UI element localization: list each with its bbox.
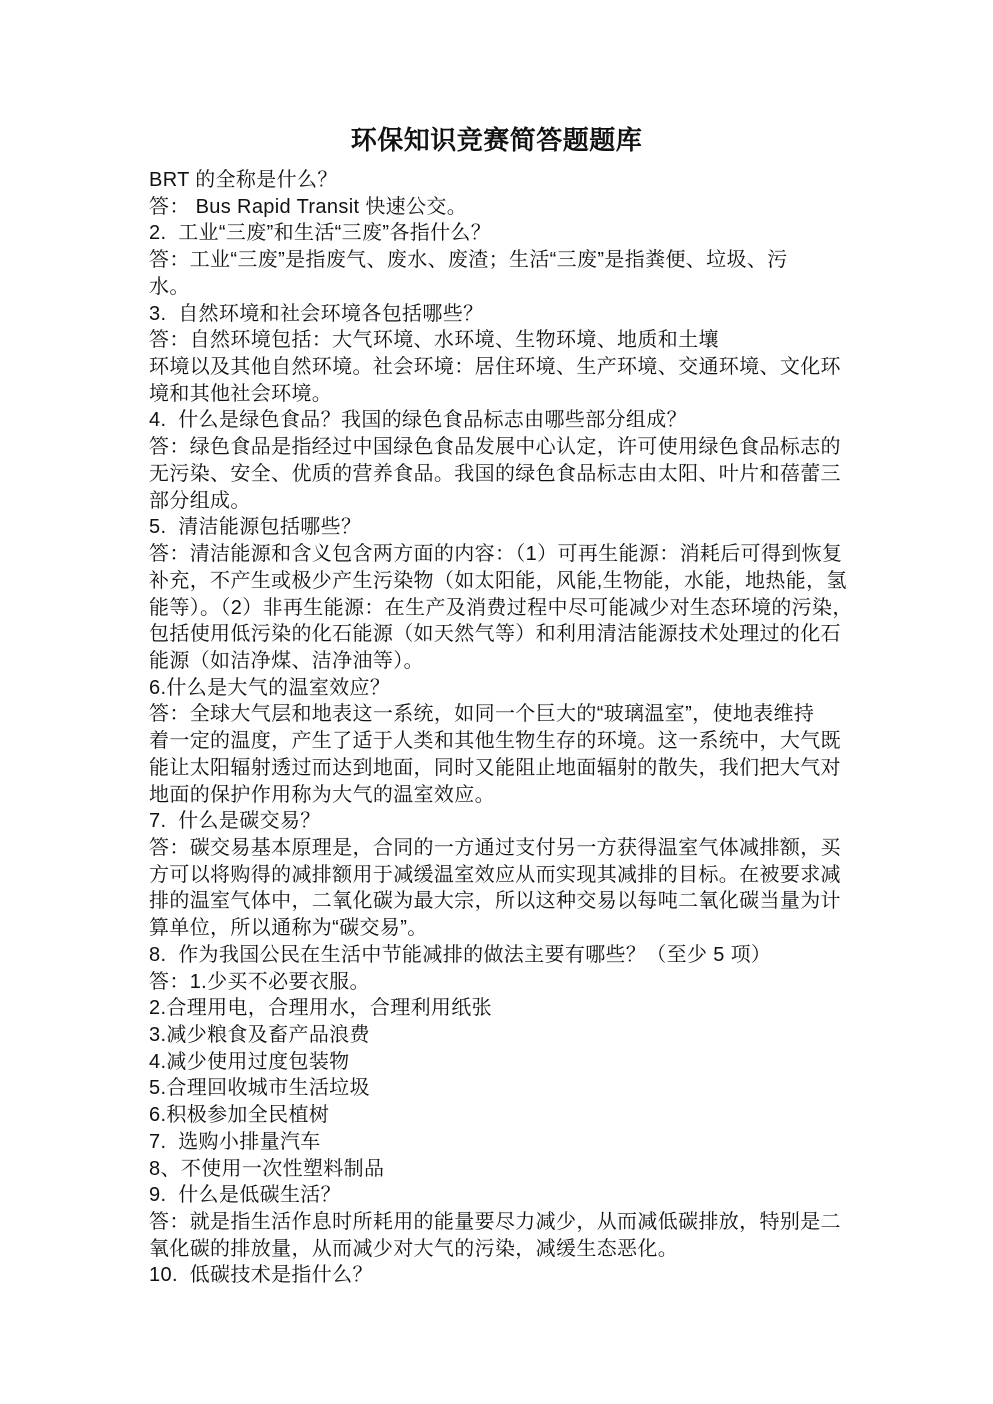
document-page: 环保知识竞赛简答题题库 BRT 的全称是什么？ 答： Bus Rapid Tra… bbox=[0, 0, 993, 1404]
text-line: 3.减少粮食及畜产品浪费 bbox=[149, 1022, 849, 1049]
text-line: 2. 工业“三废”和生活“三废”各指什么？ bbox=[149, 220, 849, 247]
text-line: 地面的保护作用称为大气的温室效应。 bbox=[149, 782, 849, 809]
text-line: 8. 作为我国公民在生活中节能减排的做法主要有哪些？（至少 5 项） bbox=[149, 942, 849, 969]
text-line: 方可以将购得的减排额用于减缓温室效应从而实现其减排的目标。在被要求减 bbox=[149, 862, 849, 889]
text-line: 答：绿色食品是指经过中国绿色食品发展中心认定，许可使用绿色食品标志的 bbox=[149, 434, 849, 461]
text-line: 3. 自然环境和社会环境各包括哪些？ bbox=[149, 301, 849, 328]
document-body: BRT 的全称是什么？ 答： Bus Rapid Transit 快速公交。 2… bbox=[149, 167, 849, 1289]
text-line: 6.什么是大气的温室效应？ bbox=[149, 675, 849, 702]
text-line: 部分组成。 bbox=[149, 488, 849, 515]
text-line: 8、不使用一次性塑料制品 bbox=[149, 1156, 849, 1183]
text-line: 能源（如洁净煤、洁净油等）。 bbox=[149, 648, 849, 675]
text-line: 4.减少使用过度包装物 bbox=[149, 1049, 849, 1076]
text-line: 答： Bus Rapid Transit 快速公交。 bbox=[149, 194, 849, 221]
text-line: 水。 bbox=[149, 274, 849, 301]
text-line: 答：1.少买不必要衣服。 bbox=[149, 969, 849, 996]
text-line: 着一定的温度，产生了适于人类和其他生物生存的环境。这一系统中，大气既 bbox=[149, 728, 849, 755]
text-line: 答：自然环境包括：大气环境、水环境、生物环境、地质和土壤 bbox=[149, 327, 849, 354]
text-line: 10. 低碳技术是指什么？ bbox=[149, 1262, 849, 1289]
text-line: 答：工业“三废”是指废气、废水、废渣；生活“三废”是指粪便、垃圾、污 bbox=[149, 247, 849, 274]
text-line: 答：碳交易基本原理是，合同的一方通过支付另一方获得温室气体减排额，买 bbox=[149, 835, 849, 862]
text-line: 境和其他社会环境。 bbox=[149, 381, 849, 408]
text-line: 7. 什么是碳交易？ bbox=[149, 808, 849, 835]
text-line: 算单位，所以通称为“碳交易”。 bbox=[149, 915, 849, 942]
text-line: BRT 的全称是什么？ bbox=[149, 167, 849, 194]
text-line: 7. 选购小排量汽车 bbox=[149, 1129, 849, 1156]
text-line: 环境以及其他自然环境。社会环境：居住环境、生产环境、交通环境、文化环 bbox=[149, 354, 849, 381]
text-line: 无污染、安全、优质的营养食品。我国的绿色食品标志由太阳、叶片和蓓蕾三 bbox=[149, 461, 849, 488]
text-line: 5.合理回收城市生活垃圾 bbox=[149, 1075, 849, 1102]
text-line: 补充，不产生或极少产生污染物（如太阳能，风能,生物能，水能，地热能，氢 bbox=[149, 568, 849, 595]
text-line: 能让太阳辐射透过而达到地面，同时又能阻止地面辐射的散失，我们把大气对 bbox=[149, 755, 849, 782]
text-line: 9. 什么是低碳生活？ bbox=[149, 1182, 849, 1209]
text-line: 包括使用低污染的化石能源（如天然气等）和利用清洁能源技术处理过的化石 bbox=[149, 621, 849, 648]
document-title: 环保知识竞赛简答题题库 bbox=[0, 121, 993, 159]
text-line: 氧化碳的排放量，从而减少对大气的污染，减缓生态恶化。 bbox=[149, 1236, 849, 1263]
text-line: 答：清洁能源和含义包含两方面的内容：（1）可再生能源：消耗后可得到恢复 bbox=[149, 541, 849, 568]
text-line: 4. 什么是绿色食品？我国的绿色食品标志由哪些部分组成？ bbox=[149, 407, 849, 434]
text-line: 6.积极参加全民植树 bbox=[149, 1102, 849, 1129]
text-line: 能等）。（2）非再生能源：在生产及消费过程中尽可能减少对生态环境的污染， bbox=[149, 595, 849, 622]
text-line: 排的温室气体中，二氧化碳为最大宗，所以这种交易以每吨二氧化碳当量为计 bbox=[149, 888, 849, 915]
text-line: 答：就是指生活作息时所耗用的能量要尽力减少，从而减低碳排放，特别是二 bbox=[149, 1209, 849, 1236]
text-line: 2.合理用电，合理用水，合理利用纸张 bbox=[149, 995, 849, 1022]
text-line: 答：全球大气层和地表这一系统，如同一个巨大的“玻璃温室”，使地表维持 bbox=[149, 701, 849, 728]
text-line: 5. 清洁能源包括哪些？ bbox=[149, 514, 849, 541]
